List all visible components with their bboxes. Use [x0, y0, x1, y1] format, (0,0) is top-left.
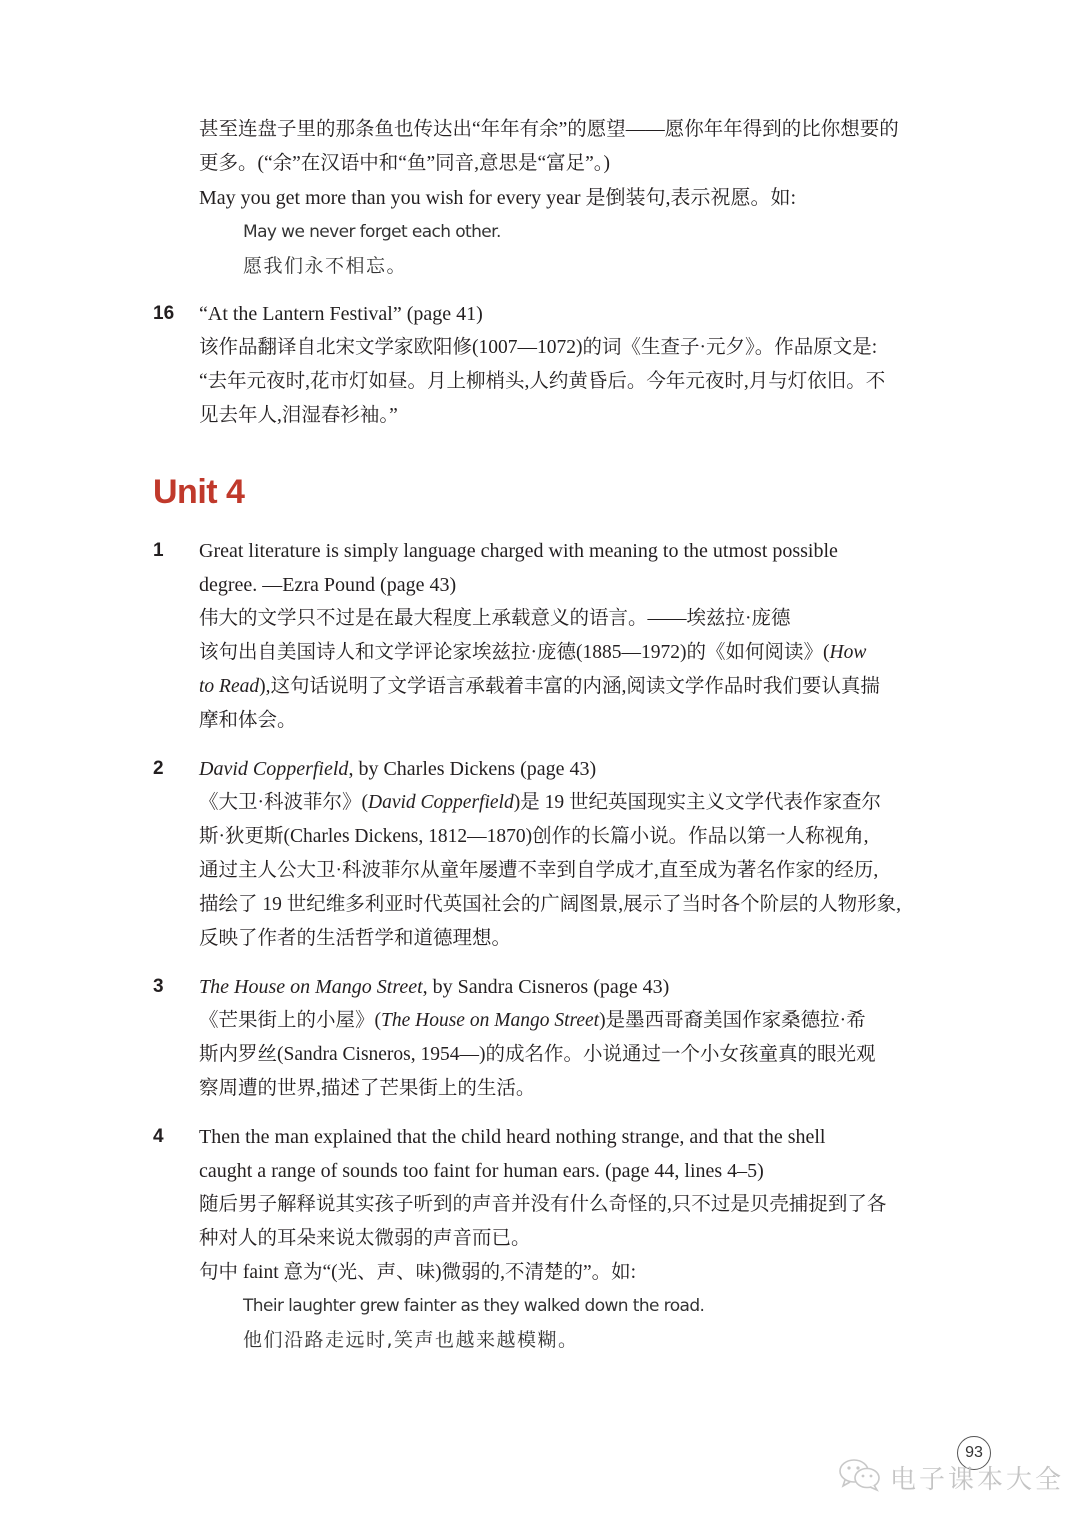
- note-heading: The House on Mango Street, by Sandra Cis…: [199, 975, 669, 999]
- note-number: 16: [153, 302, 174, 326]
- body-line: 句中 faint 意为“(光、声、味)微弱的,不清楚的”。如:: [199, 1261, 636, 1285]
- body-line: 通过主人公大卫·科波菲尔从童年屡遭不幸到自学成才,直至成为著名作家的经历,: [199, 859, 878, 883]
- unit-title: Unit 4: [153, 470, 244, 514]
- body-line: 《大卫·科波菲尔》(David Copperfield)是 19 世纪英国现实主…: [199, 791, 881, 815]
- note-heading-line: caught a range of sounds too faint for h…: [199, 1159, 764, 1183]
- textbook-page: 甚至连盘子里的那条鱼也传达出“年年有余”的愿望——愿你年年得到的比你想要的 更多…: [0, 0, 1080, 1526]
- text-span: 该句出自美国诗人和文学评论家埃兹拉·庞德(1885—1972)的《如何阅读》(: [199, 642, 829, 663]
- note-number: 3: [153, 975, 164, 999]
- note-number: 4: [153, 1125, 164, 1149]
- text-span: 《芒果街上的小屋》(: [199, 1010, 381, 1031]
- body-line: 种对人的耳朵来说太微弱的声音而已。: [199, 1227, 531, 1251]
- example-sentence-en: May we never forget each other.: [243, 220, 501, 244]
- note-number: 2: [153, 757, 164, 781]
- watermark: 电子课本大全: [838, 1458, 1064, 1497]
- text-span: ),这句话说明了文学语言承载着丰富的内涵,阅读文学作品时我们要认真揣: [259, 676, 880, 697]
- body-line: May you get more than you wish for every…: [199, 186, 796, 210]
- example-sentence-en: Their laughter grew fainter as they walk…: [243, 1294, 704, 1318]
- italic-title: David Copperfield: [368, 792, 514, 813]
- italic-title: The House on Mango Street: [199, 976, 423, 998]
- body-line: 察周遭的世界,描述了芒果街上的生活。: [199, 1077, 535, 1101]
- text-span: , by Charles Dickens (page 43): [348, 758, 596, 780]
- body-line: 随后男子解释说其实孩子听到的声音并没有什么奇怪的,只不过是贝壳捕捉到了各: [199, 1193, 886, 1217]
- body-line: 甚至连盘子里的那条鱼也传达出“年年有余”的愿望——愿你年年得到的比你想要的: [199, 118, 899, 142]
- wechat-icon: [838, 1458, 882, 1497]
- note-heading: David Copperfield, by Charles Dickens (p…: [199, 757, 596, 781]
- note-heading-line: Great literature is simply language char…: [199, 539, 838, 563]
- body-line: 斯·狄更斯(Charles Dickens, 1812—1870)创作的长篇小说…: [199, 825, 868, 849]
- body-line: 更多。(“余”在汉语中和“鱼”同音,意思是“富足”。): [199, 152, 610, 176]
- body-line: “去年元夜时,花市灯如昼。月上柳梢头,人约黄昏后。今年元夜时,月与灯依旧。不: [199, 370, 885, 394]
- text-span: )是墨西哥裔美国作家桑德拉·希: [599, 1010, 866, 1031]
- text-span: )是 19 世纪英国现实主义文学代表作家查尔: [514, 792, 881, 813]
- watermark-text: 电子课本大全: [890, 1459, 1064, 1496]
- note-heading-line: degree. —Ezra Pound (page 43): [199, 573, 456, 597]
- italic-title: David Copperfield: [199, 758, 348, 780]
- italic-title: to Read: [199, 676, 259, 697]
- body-line: 《芒果街上的小屋》(The House on Mango Street)是墨西哥…: [199, 1009, 866, 1033]
- text-span: , by Sandra Cisneros (page 43): [423, 976, 670, 998]
- body-line: 见去年人,泪湿春衫袖。”: [199, 404, 398, 428]
- body-line: 斯内罗丝(Sandra Cisneros, 1954—)的成名作。小说通过一个小…: [199, 1043, 876, 1067]
- italic-title: How: [829, 642, 866, 663]
- note-heading: “At the Lantern Festival” (page 41): [199, 302, 483, 326]
- example-sentence-zh: 愿我们永不相忘。: [243, 254, 407, 278]
- body-line: 反映了作者的生活哲学和道德理想。: [199, 927, 511, 951]
- body-line: to Read),这句话说明了文学语言承载着丰富的内涵,阅读文学作品时我们要认真…: [199, 675, 880, 699]
- body-line: 描绘了 19 世纪维多利亚时代英国社会的广阔图景,展示了当时各个阶层的人物形象,: [199, 893, 901, 917]
- body-line: 该作品翻译自北宋文学家欧阳修(1007—1072)的词《生查子·元夕》。作品原文…: [199, 336, 877, 360]
- note-heading-line: Then the man explained that the child he…: [199, 1125, 825, 1149]
- body-line: 该句出自美国诗人和文学评论家埃兹拉·庞德(1885—1972)的《如何阅读》(H…: [199, 641, 866, 665]
- note-number: 1: [153, 539, 164, 563]
- example-sentence-zh: 他们沿路走远时,笑声也越来越模糊。: [243, 1328, 579, 1352]
- body-line: 伟大的文学只不过是在最大程度上承载意义的语言。——埃兹拉·庞德: [199, 607, 791, 631]
- body-line: 摩和体会。: [199, 709, 297, 733]
- italic-title: The House on Mango Street: [381, 1010, 599, 1031]
- text-span: 《大卫·科波菲尔》(: [199, 792, 368, 813]
